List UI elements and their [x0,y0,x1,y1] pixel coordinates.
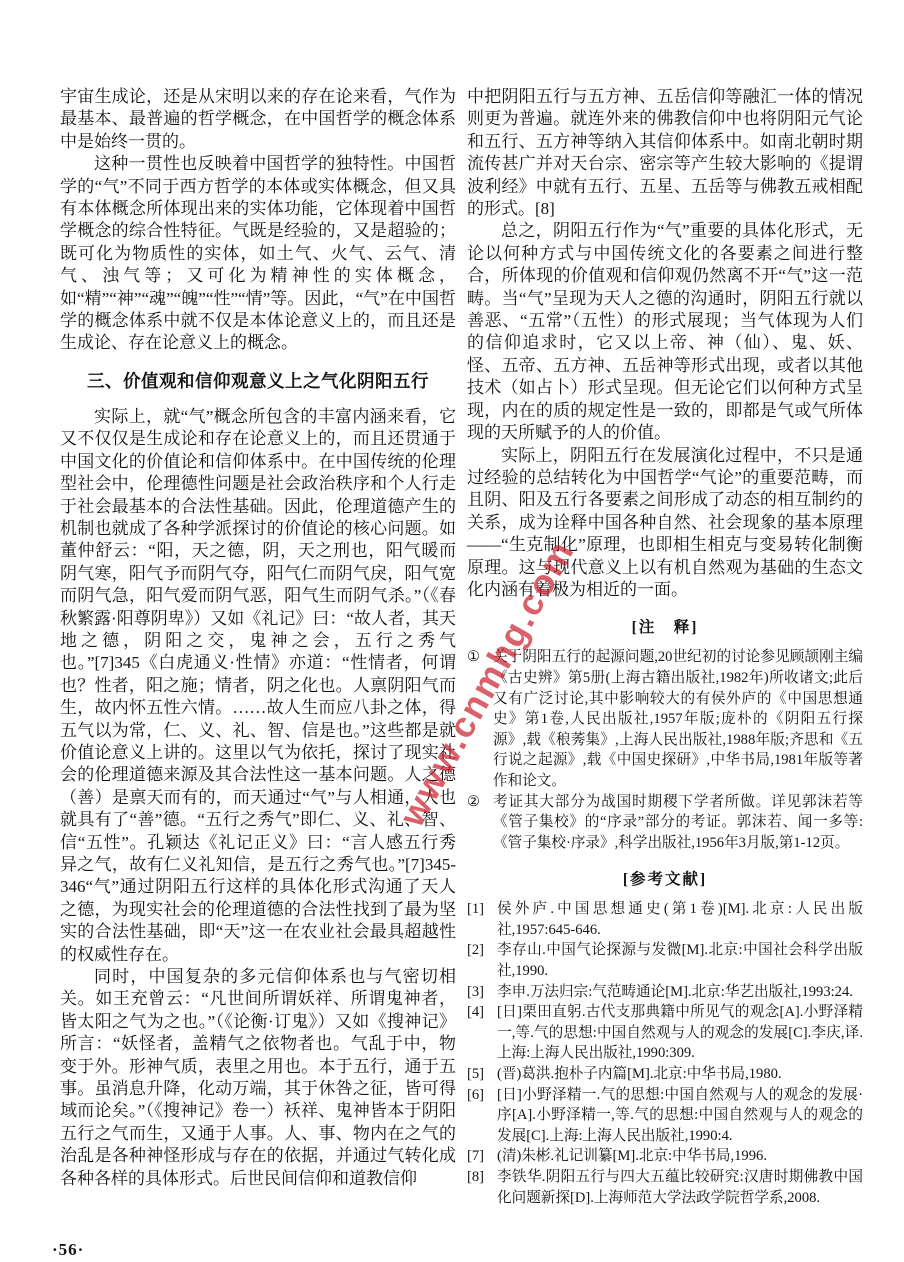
paragraph: 实际上，阴阳五行在发展演化过程中，不只是通过经验的总结转化为中国哲学“气论”的重… [467,445,863,602]
reference-marker: [5] [467,1064,497,1085]
scanned-paper-page: 宇宙生成论，还是从宋明以来的存在论来看，气作为最基本、最普遍的哲学概念，在中国哲… [0,0,904,1262]
references-list: [1] 侯外庐.中国思想通史(第1卷)[M].北京:人民出版社,1957:645… [467,899,863,1208]
note-text: 考证其大部分为战国时期稷下学者所做。详见郭沫若等《管子集校》的“序录”部分的考证… [493,792,863,854]
note-text: 关于阴阳五行的起源问题,20世纪初的讨论参见顾颉刚主编《古史辨》第5册(上海古籍… [493,647,863,791]
note-item: ② 考证其大部分为战国时期稷下学者所做。详见郭沫若等《管子集校》的“序录”部分的… [467,792,863,854]
paragraph: 总之，阴阳五行作为“气”重要的具体化形式，无论以何种方式与中国传统文化的各要素之… [467,220,863,444]
reference-text: 李存山.中国气论探源与发微[M].北京:中国社会科学出版社,1990. [497,940,863,981]
reference-item: [6] [日]小野泽精一.气的思想:中国自然观与人的观念的发展·序[A].小野泽… [467,1085,863,1147]
reference-item: [4] [日]栗田直躬.古代支那典籍中所见气的观念[A].小野泽精一,等.气的思… [467,1002,863,1064]
note-marker: ② [467,792,493,854]
references-header: [参考文献] [467,867,863,889]
reference-text: [日]小野泽精一.气的思想:中国自然观与人的观念的发展·序[A].小野泽精一,等… [497,1085,863,1147]
reference-marker: [8] [467,1167,497,1208]
reference-item: [7] (清)朱彬.礼记训纂[M].北京:中华书局,1996. [467,1146,863,1167]
reference-text: 李申.万法归宗:气范畴通论[M].北京:华艺出版社,1993:24. [497,982,863,1003]
paragraph: 同时，中国复杂的多元信仰体系也与气密切相关。如王充曾云：“凡世间所谓妖祥、所谓鬼… [60,966,456,1190]
paragraph: 实际上，就“气”概念所包含的丰富内涵来看，它又不仅仅是生成论和存在论意义上的，而… [60,406,456,966]
reference-marker: [3] [467,982,497,1003]
right-column: 中把阴阳五行与五方神、五岳信仰等融汇一体的情况则更为普遍。就连外来的佛教信仰中也… [467,86,863,1208]
reference-text: 侯外庐.中国思想通史(第1卷)[M].北京:人民出版社,1957:645-646… [497,899,863,940]
reference-text: (晋)葛洪.抱朴子内篇[M].北京:中华书局,1980. [497,1064,863,1085]
left-column: 宇宙生成论，还是从宋明以来的存在论来看，气作为最基本、最普遍的哲学概念，在中国哲… [60,86,456,1190]
reference-text: [日]栗田直躬.古代支那典籍中所见气的观念[A].小野泽精一,等.气的思想:中国… [497,1002,863,1064]
reference-marker: [2] [467,940,497,981]
reference-item: [1] 侯外庐.中国思想通史(第1卷)[M].北京:人民出版社,1957:645… [467,899,863,940]
reference-item: [3] 李申.万法归宗:气范畴通论[M].北京:华艺出版社,1993:24. [467,982,863,1003]
reference-marker: [7] [467,1146,497,1167]
reference-marker: [1] [467,899,497,940]
reference-item: [5] (晋)葛洪.抱朴子内篇[M].北京:中华书局,1980. [467,1064,863,1085]
paragraph-continuation: 宇宙生成论，还是从宋明以来的存在论来看，气作为最基本、最普遍的哲学概念，在中国哲… [60,86,456,153]
reference-marker: [4] [467,1002,497,1064]
notes-header: [注 释] [467,615,863,637]
reference-text: 李铁华.阴阳五行与四大五蕴比较研究:汉唐时期佛教中国化问题新探[D].上海师范大… [497,1167,863,1208]
paragraph-continuation: 中把阴阳五行与五方神、五岳信仰等融汇一体的情况则更为普遍。就连外来的佛教信仰中也… [467,86,863,220]
reference-item: [2] 李存山.中国气论探源与发微[M].北京:中国社会科学出版社,1990. [467,940,863,981]
notes-list: ① 关于阴阳五行的起源问题,20世纪初的讨论参见顾颉刚主编《古史辨》第5册(上海… [467,647,863,853]
reference-item: [8] 李铁华.阴阳五行与四大五蕴比较研究:汉唐时期佛教中国化问题新探[D].上… [467,1167,863,1208]
page-number: ·56· [52,1240,84,1260]
section-heading: 三、价值观和信仰观意义上之气化阴阳五行 [60,368,456,393]
reference-text: (清)朱彬.礼记训纂[M].北京:中华书局,1996. [497,1146,863,1167]
note-marker: ① [467,647,493,791]
paragraph: 这种一贯性也反映着中国哲学的独特性。中国哲学的“气”不同于西方哲学的本体或实体概… [60,153,456,355]
note-item: ① 关于阴阳五行的起源问题,20世纪初的讨论参见顾颉刚主编《古史辨》第5册(上海… [467,647,863,791]
reference-marker: [6] [467,1085,497,1147]
